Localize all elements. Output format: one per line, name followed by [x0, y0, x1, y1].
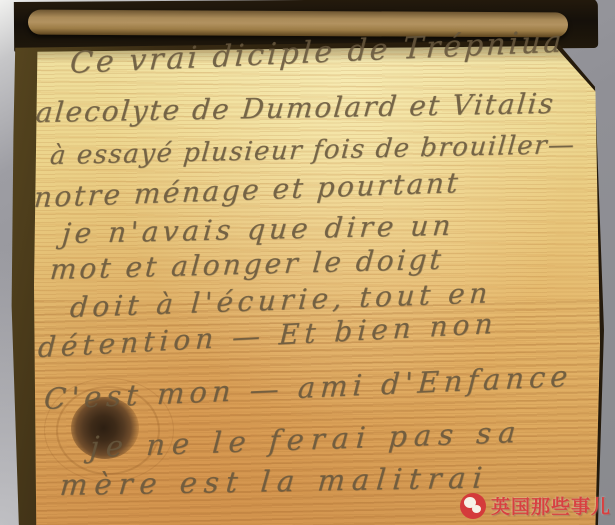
chat-bubbles-logo-icon: [460, 493, 486, 519]
watermark: 英国那些事儿: [460, 492, 611, 519]
watermark-text: 英国那些事儿: [491, 492, 611, 519]
chat-bubble-small: [472, 505, 481, 513]
scanned-photo: Ce vrai diciple de Trépniua alecolyte de…: [0, 0, 615, 525]
